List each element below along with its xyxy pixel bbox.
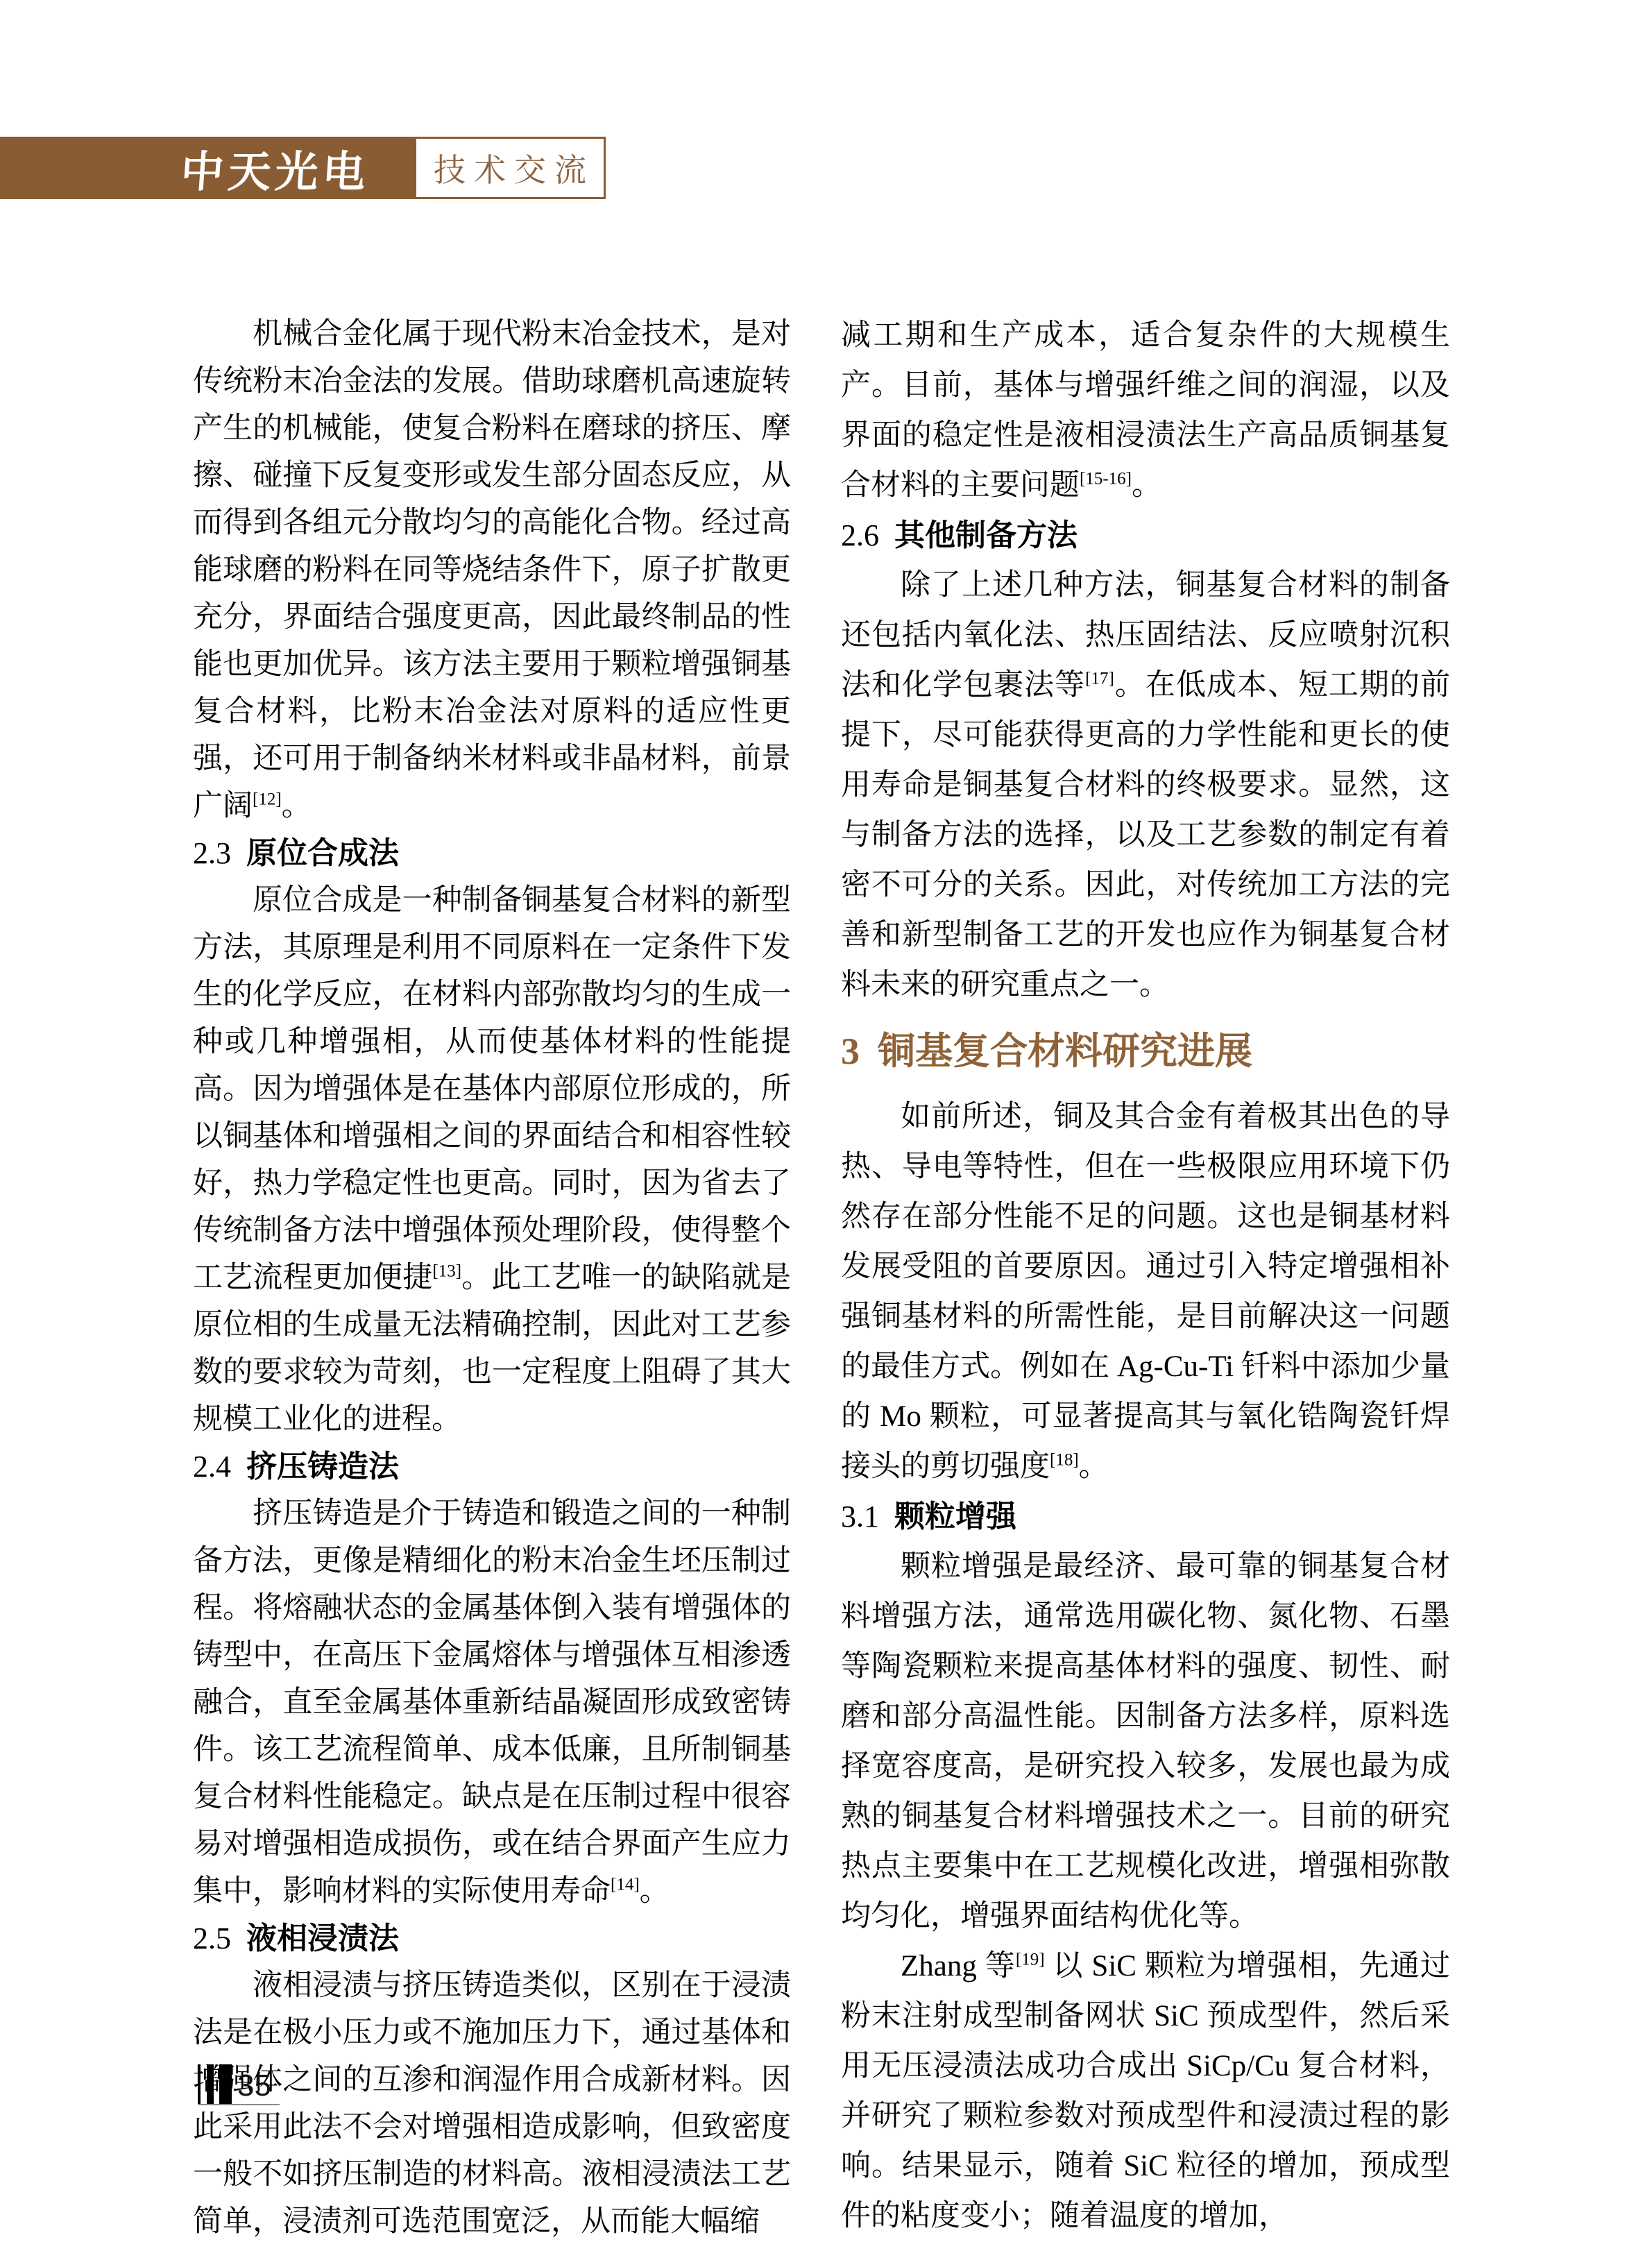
footer-bar <box>207 2064 214 2105</box>
subsection-heading: 2.5液相浸渍法 <box>193 1915 791 1962</box>
heading-label: 挤压铸造法 <box>246 1450 399 1484</box>
citation-reference: [13] <box>432 1262 461 1281</box>
body-text: 机械合金化属于现代粉末冶金技术，是对传统粉末冶金法的发展。借助球磨机高速旋转产生… <box>193 318 791 822</box>
subsection-heading: 2.4挤压铸造法 <box>193 1443 791 1491</box>
subsection-heading: 2.3原位合成法 <box>193 830 791 877</box>
paragraph: 机械合金化属于现代粉末冶金技术，是对传统粉末冶金法的发展。借助球磨机高速旋转产生… <box>193 311 791 830</box>
citation-reference: [14] <box>611 1876 640 1894</box>
body-text: Zhang 等 <box>901 1950 1016 1982</box>
heading-label: 原位合成法 <box>246 836 399 870</box>
subsection-heading: 3.1颗粒增强 <box>841 1492 1450 1542</box>
paragraph: 颗粒增强是最经济、最可靠的铜基复合材料增强方法，通常选用碳化物、氮化物、石墨等陶… <box>841 1542 1450 1942</box>
body-text: 。 <box>640 1875 670 1908</box>
section-heading: 3铜基复合材料研究进展 <box>841 1010 1450 1092</box>
heading-number: 2.5 <box>193 1921 231 1955</box>
footer-bars-icon <box>198 2064 232 2105</box>
column-tag-box: 技术交流 <box>414 137 606 199</box>
heading-number: 2.4 <box>193 1450 231 1484</box>
body-text: 如前所述，铜及其合金有着极其出色的导热、导电等特性，但在一些极限应用环境下仍然存… <box>841 1101 1450 1483</box>
right-column: 减工期和生产成本，适合复杂件的大规模生产。目前，基体与增强纤维之间的润湿，以及界… <box>841 311 1450 2241</box>
body-text: 。在低成本、短工期的前提下，尽可能获得更高的力学性能和更长的使用寿命是铜基复合材… <box>841 669 1450 1001</box>
footer-bar <box>198 2064 201 2105</box>
paragraph: 如前所述，铜及其合金有着极其出色的导热、导电等特性，但在一些极限应用环境下仍然存… <box>841 1092 1450 1492</box>
paragraph: 除了上述几种方法，铜基复合材料的制备还包括内氧化法、热压固结法、反应喷射沉积法和… <box>841 561 1450 1010</box>
footer-rule <box>198 2104 280 2105</box>
body-text: 颗粒增强是最经济、最可靠的铜基复合材料增强方法，通常选用碳化物、氮化物、石墨等陶… <box>841 1550 1450 1933</box>
paragraph: Zhang 等[19] 以 SiC 颗粒为增强相，先通过粉末注射成型制备网状 S… <box>841 1942 1450 2241</box>
body-text: 。 <box>1079 1450 1109 1483</box>
heading-label: 液相浸渍法 <box>246 1921 399 1955</box>
heading-number: 3.1 <box>841 1500 879 1534</box>
citation-reference: [17] <box>1085 670 1114 688</box>
heading-label: 铜基复合材料研究进展 <box>878 1030 1252 1072</box>
citation-reference: [19] <box>1016 1951 1045 1969</box>
body-text: 。 <box>282 790 312 822</box>
body-text: 挤压铸造是介于铸造和锻造之间的一种制备方法，更像是精细化的粉末冶金生坯压制过程。… <box>193 1497 791 1908</box>
body-text: 液相浸渍与挤压铸造类似，区别在于浸渍法是在极小压力或不施加压力下，通过基体和增强… <box>193 1969 791 2238</box>
heading-label: 颗粒增强 <box>894 1500 1016 1534</box>
footer-bar <box>219 2064 232 2105</box>
left-column: 机械合金化属于现代粉末冶金技术，是对传统粉末冶金法的发展。借助球磨机高速旋转产生… <box>193 311 791 2242</box>
column-tag-label: 技术交流 <box>434 145 595 191</box>
heading-number: 2.6 <box>841 518 879 552</box>
heading-number: 2.3 <box>193 836 231 870</box>
body-text: 。 <box>1132 469 1161 502</box>
body-text: 以 SiC 颗粒为增强相，先通过粉末注射成型制备网状 SiC 预成型件，然后采用… <box>841 1950 1450 2232</box>
paragraph: 原位合成是一种制备铜基复合材料的新型方法，其原理是利用不同原料在一定条件下发生的… <box>193 877 791 1443</box>
journal-page: 中天光电 技术交流 机械合金化属于现代粉末冶金技术，是对传统粉末冶金法的发展。借… <box>0 0 1652 2242</box>
paragraph: 挤压铸造是介于铸造和锻造之间的一种制备方法，更像是精细化的粉末冶金生坯压制过程。… <box>193 1491 791 1915</box>
subsection-heading: 2.6其他制备方法 <box>841 511 1450 561</box>
masthead-brand-bar: 中天光电 <box>0 137 414 199</box>
paragraph: 减工期和生产成本，适合复杂件的大规模生产。目前，基体与增强纤维之间的润湿，以及界… <box>841 311 1450 511</box>
heading-label: 其他制备方法 <box>894 518 1078 552</box>
heading-number: 3 <box>841 1030 860 1072</box>
paragraph: 液相浸渍与挤压铸造类似，区别在于浸渍法是在极小压力或不施加压力下，通过基体和增强… <box>193 1962 791 2242</box>
citation-reference: [12] <box>253 790 282 809</box>
citation-reference: [18] <box>1050 1451 1079 1470</box>
citation-reference: [15-16] <box>1080 470 1132 489</box>
page-number: 35 <box>237 2069 271 2103</box>
brand-logo: 中天光电 <box>179 137 372 199</box>
body-text: 原位合成是一种制备铜基复合材料的新型方法，其原理是利用不同原料在一定条件下发生的… <box>193 884 791 1294</box>
